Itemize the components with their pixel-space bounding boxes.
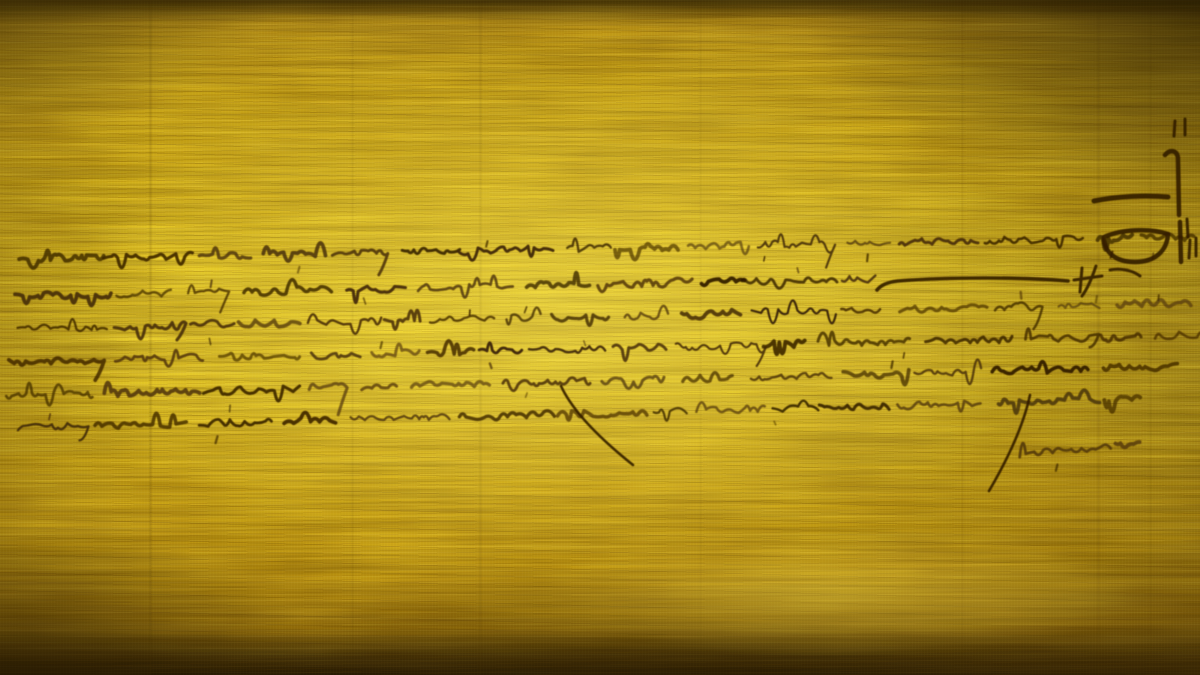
script-stroke <box>49 414 50 420</box>
script-stroke <box>774 422 775 425</box>
script-stroke <box>999 390 1100 413</box>
script-stroke <box>503 378 590 391</box>
script-stroke <box>347 286 406 302</box>
script-stroke <box>209 339 210 345</box>
script-stroke <box>1021 292 1022 299</box>
papyrus-photograph <box>0 0 1200 675</box>
script-stroke <box>428 341 474 356</box>
script-stroke <box>742 278 837 289</box>
script-stroke <box>104 383 199 397</box>
script-stroke <box>899 239 978 246</box>
script-stroke <box>841 308 880 313</box>
script-stroke <box>362 384 397 390</box>
script-stroke <box>683 373 733 382</box>
bowl-glyph <box>1104 230 1168 262</box>
script-stroke <box>19 250 104 267</box>
script-stroke <box>903 353 904 358</box>
script-stroke <box>1096 296 1097 302</box>
script-stroke <box>458 246 553 260</box>
script-stroke <box>1103 364 1177 371</box>
script-stroke <box>842 276 876 283</box>
script-stroke <box>567 239 611 252</box>
descender-left-glyph <box>561 386 633 465</box>
script-stroke <box>1104 396 1140 412</box>
script-stroke <box>1155 332 1200 339</box>
script-lines-group <box>6 119 1200 491</box>
script-stroke <box>95 413 186 428</box>
script-stroke <box>688 242 749 254</box>
script-stroke <box>1026 329 1099 348</box>
script-stroke <box>818 332 910 345</box>
script-stroke <box>926 336 1012 343</box>
script-stroke <box>199 248 250 259</box>
script-stroke <box>364 298 366 304</box>
script-stroke <box>402 248 460 253</box>
script-stroke <box>308 314 381 333</box>
script-stroke <box>284 413 336 424</box>
script-stroke <box>526 393 528 397</box>
script-stroke <box>529 346 605 352</box>
script-stroke <box>1056 465 1058 471</box>
script-stroke <box>900 305 987 312</box>
script-stroke <box>191 320 235 327</box>
script-stroke <box>613 344 666 360</box>
script-stroke <box>1059 303 1100 308</box>
script-stroke <box>418 276 513 298</box>
script-stroke <box>584 341 586 346</box>
script-stroke <box>216 436 218 443</box>
script-stroke <box>188 285 229 312</box>
script-stroke <box>9 358 104 380</box>
script-stroke <box>507 308 541 325</box>
script-stroke <box>995 303 1043 330</box>
script-stroke <box>773 401 819 412</box>
script-stroke <box>558 411 647 420</box>
script-stroke <box>797 268 798 272</box>
script-stroke <box>1116 442 1140 447</box>
script-stroke <box>412 382 490 388</box>
script-stroke <box>914 360 981 385</box>
script-stroke <box>1020 443 1111 457</box>
script-stroke <box>486 241 487 246</box>
script-stroke <box>985 236 1083 248</box>
script-stroke <box>897 401 980 411</box>
script-stroke <box>758 234 835 267</box>
script-stroke <box>992 362 1088 374</box>
staff-crossbar-glyph <box>1094 196 1168 201</box>
script-stroke <box>244 280 332 296</box>
script-stroke <box>239 320 300 327</box>
script-stroke <box>843 370 909 385</box>
script-stroke <box>117 290 171 298</box>
script-stroke <box>309 384 347 415</box>
script-stroke <box>752 300 836 323</box>
script-stroke <box>625 306 668 320</box>
script-stroke <box>15 292 111 305</box>
script-stroke <box>199 419 271 426</box>
line2-flourish-glyph <box>877 278 1068 290</box>
script-stroke <box>552 314 609 325</box>
script-stroke <box>602 376 664 388</box>
script-stroke <box>682 310 741 319</box>
script-stroke <box>372 344 420 357</box>
script-stroke <box>332 250 388 275</box>
script-stroke <box>311 353 360 359</box>
script-stroke <box>819 404 889 410</box>
script-stroke <box>351 414 450 420</box>
script-stroke <box>211 280 212 287</box>
script-stroke <box>220 353 300 360</box>
script-stroke <box>891 361 892 368</box>
script-stroke <box>676 343 766 366</box>
script-stroke <box>381 342 382 348</box>
script-stroke <box>598 278 692 292</box>
script-stroke <box>18 423 89 440</box>
script-stroke <box>1117 300 1191 308</box>
script-stroke <box>702 278 745 285</box>
script-stroke <box>867 254 868 261</box>
script-stroke <box>615 244 678 260</box>
script-stroke <box>115 350 203 366</box>
script-stroke <box>527 273 590 288</box>
script-stroke <box>525 307 527 313</box>
script-stroke <box>18 319 107 331</box>
script-stroke <box>114 322 186 340</box>
script-stroke <box>764 341 805 355</box>
script-stroke <box>384 310 420 329</box>
script-stroke <box>654 408 687 421</box>
script-stroke <box>6 383 92 405</box>
script-stroke <box>696 402 764 413</box>
script-stroke <box>203 386 299 401</box>
line2-numeral-cluster <box>1074 266 1140 296</box>
script-stroke <box>459 411 554 420</box>
script-stroke <box>104 252 193 267</box>
script-stroke <box>430 316 494 323</box>
script-stroke <box>263 243 325 261</box>
script-stroke <box>490 364 492 369</box>
manuscript-ink-overlay <box>0 0 1200 675</box>
script-stroke <box>847 241 890 245</box>
script-stroke <box>764 257 765 261</box>
script-stroke <box>479 343 522 353</box>
script-stroke <box>298 267 300 273</box>
script-stroke <box>230 405 231 411</box>
script-stroke <box>1101 334 1141 342</box>
script-stroke <box>751 373 832 380</box>
